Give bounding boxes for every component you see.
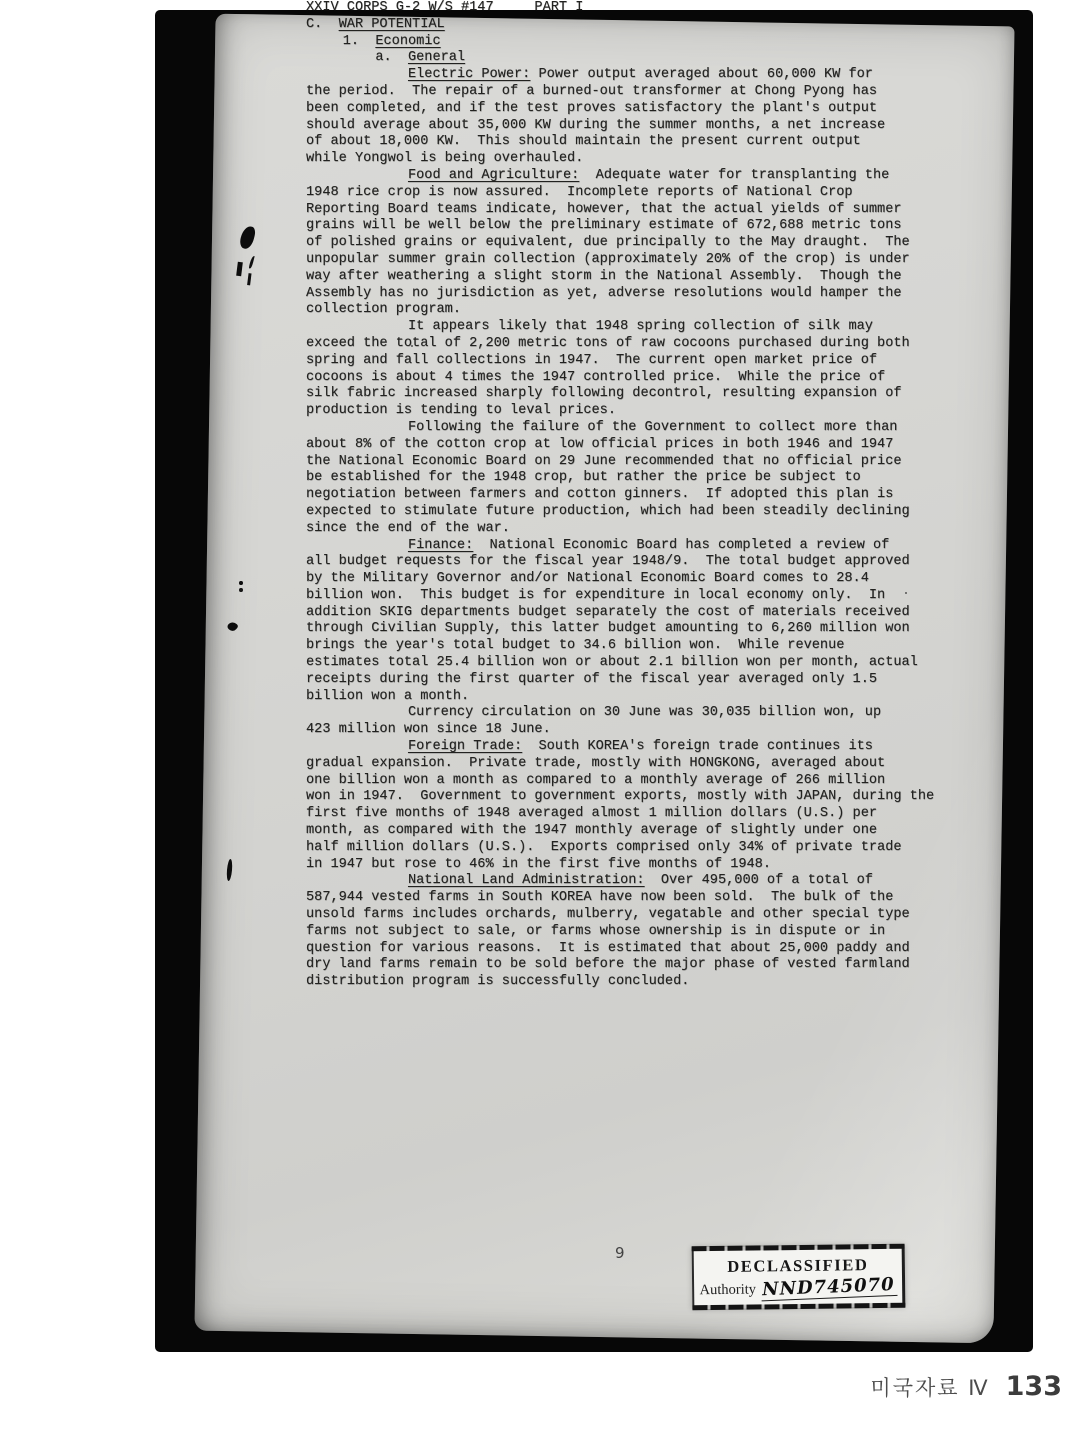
paragraph-foreign-trade: Foreign Trade: South KOREA's foreign tra… <box>306 739 998 873</box>
stamp-authority-line: AuthorityNND745070 <box>699 1275 896 1299</box>
footer-series-title: 미국자료 Ⅳ <box>870 1372 989 1402</box>
subsection-heading-economic: 1.Economic <box>306 34 998 51</box>
paragraph-currency: Currency circulation on 30 June was 30,0… <box>306 705 998 739</box>
section-label: WAR POTENTIAL <box>339 17 445 32</box>
paragraph-food-agriculture: Food and Agriculture: Adequate water for… <box>306 168 998 319</box>
paragraph-heading: Food and Agriculture: <box>408 168 579 183</box>
stamp-title: DECLASSIFIED <box>727 1255 868 1277</box>
declassified-stamp: DECLASSIFIED AuthorityNND745070 <box>692 1245 906 1310</box>
section-prefix: C. <box>306 17 322 32</box>
paragraph-heading: National Land Administration: <box>408 873 645 888</box>
paragraph-heading: Electric Power: <box>408 67 530 82</box>
paragraph-electric-power: Electric Power: Power output averaged ab… <box>306 67 998 168</box>
book-footer: 미국자료 Ⅳ 133 <box>870 1371 1062 1402</box>
stamp-authority-label: Authority <box>700 1281 757 1299</box>
paragraph-text: Currency circulation on 30 June was 30,0… <box>306 705 881 737</box>
paragraph-text: Adequate water for transplanting the 194… <box>306 168 910 317</box>
document-header-line: XXIV CORPS G-2 W/S #147PART I <box>306 0 998 17</box>
section-label: General <box>408 50 465 65</box>
section-prefix: 1. <box>343 34 359 49</box>
paragraph-text: It appears likely that 1948 spring colle… <box>306 319 910 418</box>
doc-part: PART I <box>534 0 583 15</box>
ink-dots-mark <box>239 581 243 585</box>
page-number: 9 <box>615 1244 625 1262</box>
paragraph-national-land-administration: National Land Administration: Over 495,0… <box>306 873 998 991</box>
paragraph-finance: Finance: National Economic Board has com… <box>306 538 998 706</box>
paragraph-text: South KOREA's foreign trade continues it… <box>306 739 934 872</box>
doc-reference: XXIV CORPS G-2 W/S #147 <box>306 0 494 15</box>
paragraph-heading: Finance: <box>408 538 473 553</box>
section-heading-war-potential: C.WAR POTENTIAL <box>306 17 998 34</box>
stamp-authority-number-handwritten: NND745070 <box>761 1273 897 1300</box>
paragraph-text: Following the failure of the Government … <box>306 420 910 536</box>
footer-page-number: 133 <box>1006 1371 1062 1402</box>
page: XXIV CORPS G-2 W/S #147PART I C.WAR POTE… <box>0 0 1080 1439</box>
paragraph-text: National Economic Board has completed a … <box>306 538 918 704</box>
paragraph-cotton: Following the failure of the Government … <box>306 420 998 538</box>
section-prefix: a. <box>375 50 391 65</box>
document-body: XXIV CORPS G-2 W/S #147PART I C.WAR POTE… <box>306 0 998 991</box>
section-label: Economic <box>375 34 440 49</box>
paragraph-silk: It appears likely that 1948 spring colle… <box>306 319 998 420</box>
paragraph-heading: Foreign Trade: <box>408 739 522 754</box>
paragraph-text: Over 495,000 of a total of 587,944 veste… <box>306 873 910 989</box>
subsection-heading-general: a.General <box>306 50 998 67</box>
paragraph-text: Power output averaged about 60,000 KW fo… <box>306 67 885 166</box>
